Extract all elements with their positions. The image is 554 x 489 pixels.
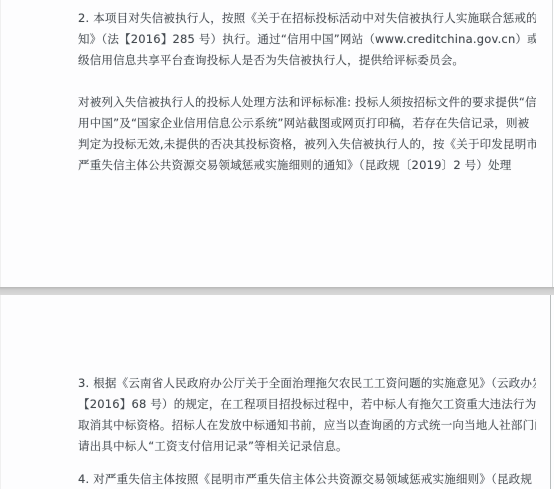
text-line: 用中国”及“国家企业信用信息公示系统”网站截图或网页打印稿，若存在失信记录，则被: [78, 113, 536, 134]
text-line: 严重失信主体公共资源交易领域惩戒实施细则的通知》（昆政规〔2019〕2 号）处理: [78, 155, 536, 176]
text-line: 取消其中标资格。招标人在发放中标通知书前，应当以查询函的方式统一向当地人社部门函: [78, 415, 536, 436]
paragraph: 2. 本项目对失信被执行人，按照《关于在招标投标活动中对失信被执行人实施联合惩戒…: [78, 8, 536, 71]
paragraph: 4. 对严重失信主体按照《昆明市严重失信主体公共资源交易领域惩戒实施细则》（昆政…: [78, 469, 536, 489]
text-line: 2. 本项目对失信被执行人，按照《关于在招标投标活动中对失信被执行人实施联合惩戒…: [78, 8, 536, 29]
paragraph: 对被列入失信被执行人的投标人处理方法和评标标准: 投标人须按招标文件的要求提供“…: [78, 92, 536, 176]
text-line: 3. 根据《云南省人民政府办公厅关于全面治理拖欠农民工工资问题的实施意见》（云政…: [78, 373, 536, 394]
text-line: 知》（法【2016】285 号）执行。通过“信用中国”网站（www.credit…: [78, 29, 536, 50]
text-line: 【2016】68 号）的规定，在工程项目招投标过程中，若中标人有拖欠工资重大违法…: [78, 394, 536, 415]
document-page-1: 2. 本项目对失信被执行人，按照《关于在招标投标活动中对失信被执行人实施联合惩戒…: [0, 0, 554, 287]
text-line: 级信用信息共享平台查询投标人是否为失信被执行人，提供给评标委员会。: [78, 50, 536, 71]
document-page-2: 3. 根据《云南省人民政府办公厅关于全面治理拖欠农民工工资问题的实施意见》（云政…: [0, 295, 554, 489]
text-line: 判定为投标无效,未提供的否决其投标资格，被列入失信被执行人的，按《关于印发昆明市: [78, 134, 536, 155]
page-1-text: 2. 本项目对失信被执行人，按照《关于在招标投标活动中对失信被执行人实施联合惩戒…: [78, 8, 536, 176]
page-separator: [0, 287, 554, 295]
text-line: 4. 对严重失信主体按照《昆明市严重失信主体公共资源交易领域惩戒实施细则》（昆政…: [78, 469, 536, 489]
page-2-text: 3. 根据《云南省人民政府办公厅关于全面治理拖欠农民工工资问题的实施意见》（云政…: [78, 373, 536, 489]
text-line: 对被列入失信被执行人的投标人处理方法和评标标准: 投标人须按招标文件的要求提供“…: [78, 92, 536, 113]
text-line: 请出具中标人“工资支付信用记录”等相关记录信息。: [78, 436, 536, 457]
document-viewer: 2. 本项目对失信被执行人，按照《关于在招标投标活动中对失信被执行人实施联合惩戒…: [0, 0, 554, 489]
paragraph: 3. 根据《云南省人民政府办公厅关于全面治理拖欠农民工工资问题的实施意见》（云政…: [78, 373, 536, 457]
